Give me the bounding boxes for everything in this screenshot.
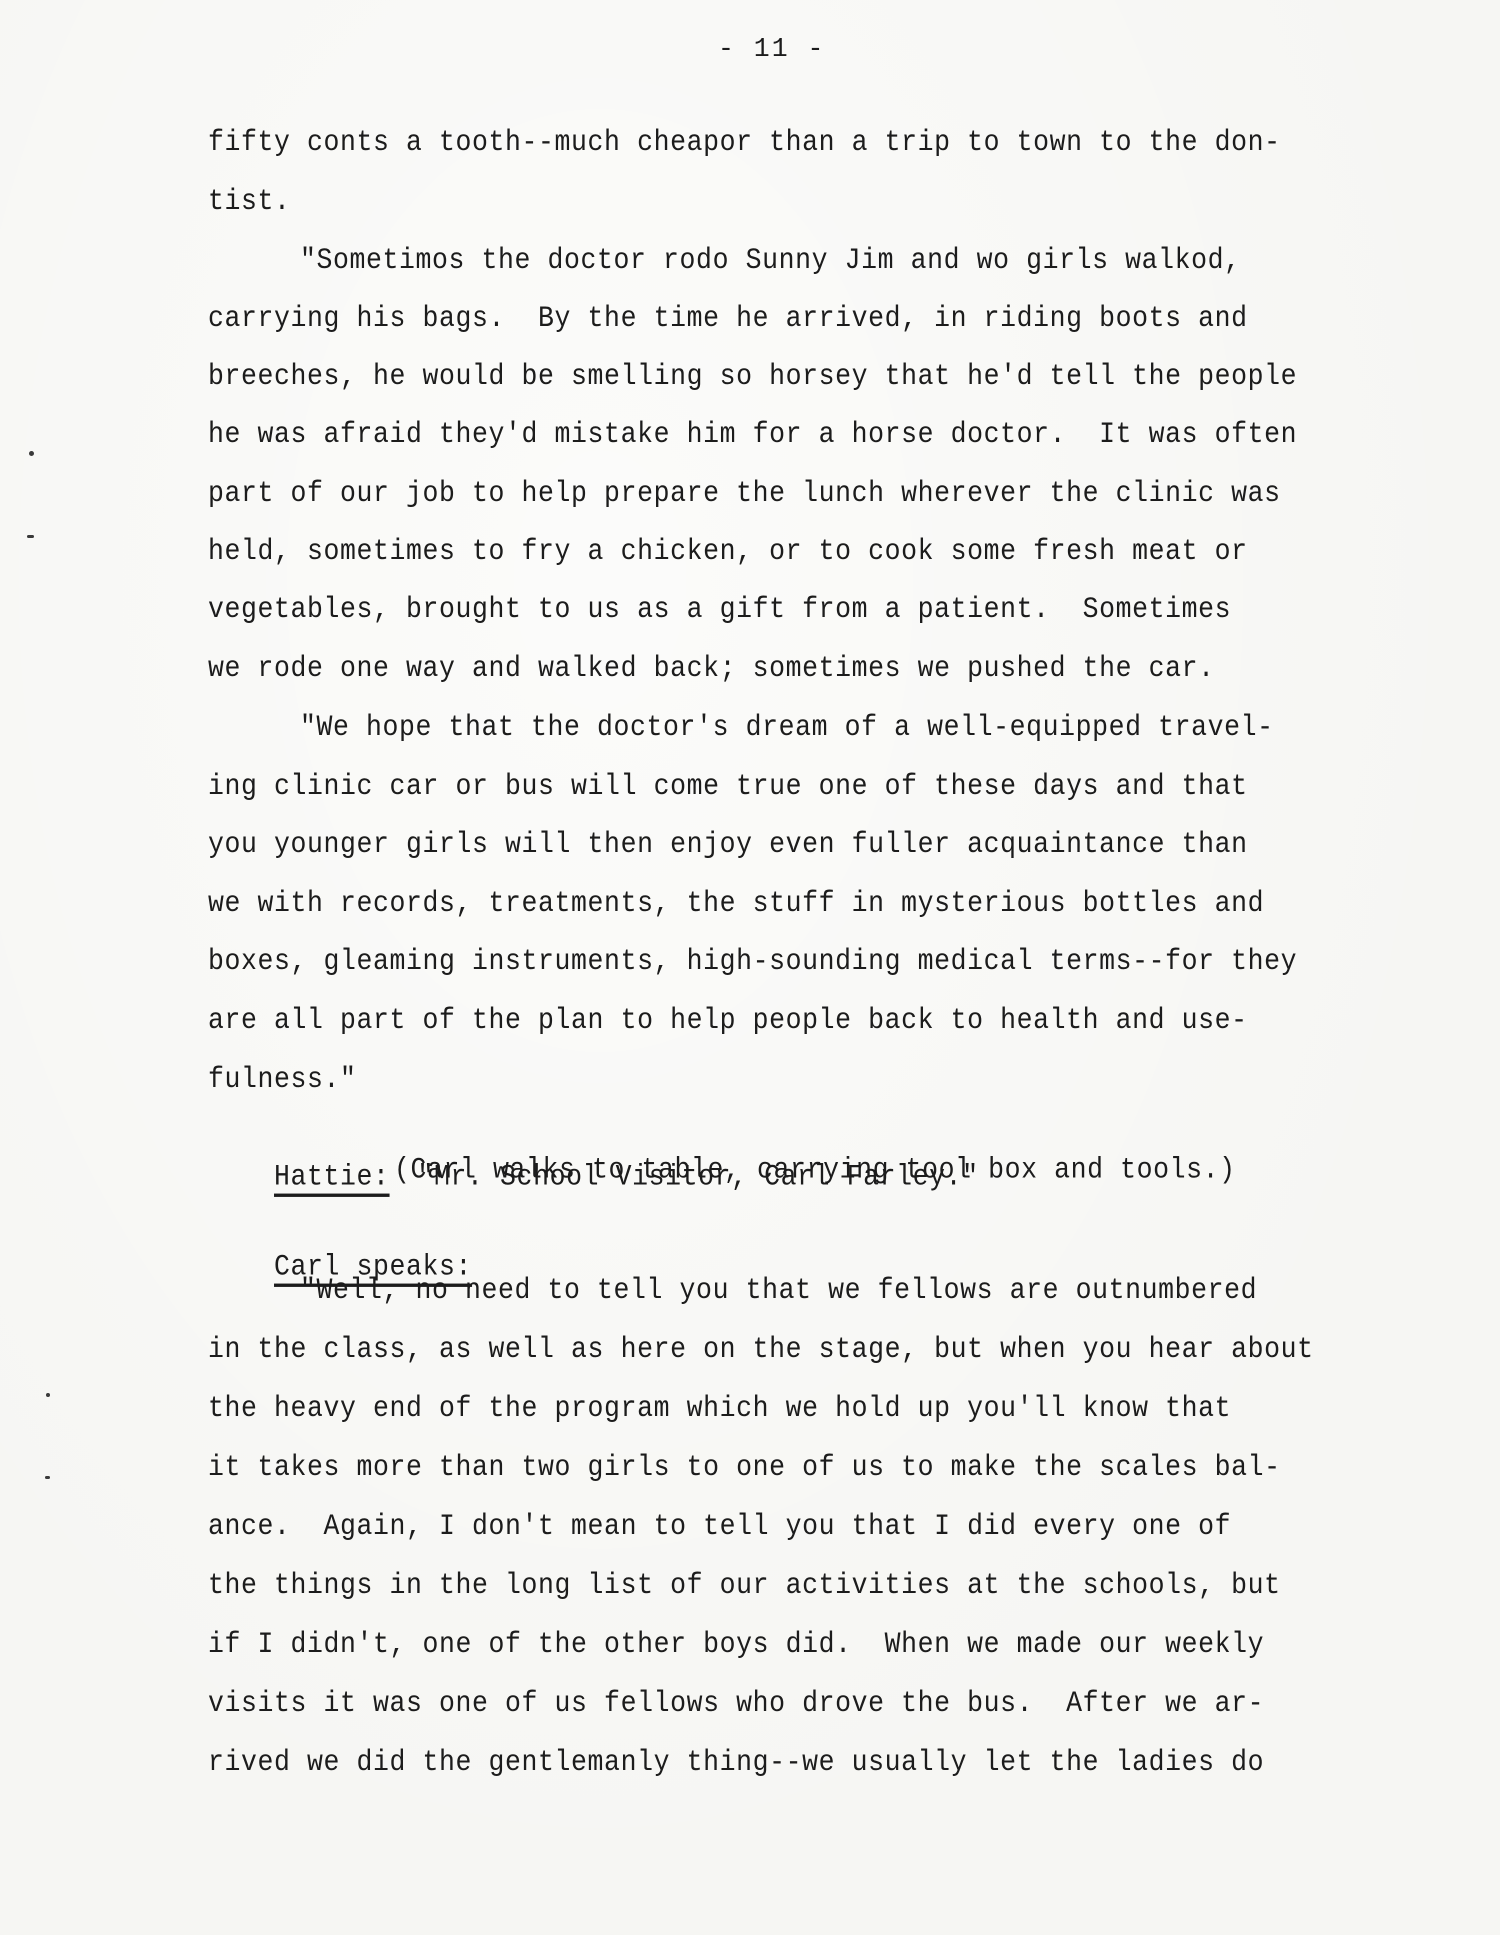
text-line-1: fifty conts a tooth--much cheapor than a…	[208, 124, 1281, 160]
text-line-8: held, sometimes to fry a chicken, or to …	[208, 533, 1248, 569]
text-line-6: he was afraid they'd mistake him for a h…	[208, 416, 1297, 452]
text-line-24: if I didn't, one of the other boys did. …	[208, 1626, 1264, 1662]
text-line-3: "Sometimos the doctor rodo Sunny Jim and…	[300, 242, 1241, 278]
text-line-19: in the class, as well as here on the sta…	[208, 1331, 1314, 1367]
text-line-2: tist.	[208, 183, 291, 219]
text-line-11: "We hope that the doctor's dream of a we…	[300, 709, 1274, 745]
text-line-21: it takes more than two girls to one of u…	[208, 1449, 1281, 1485]
text-line-18: "Well, no need to tell you that we fello…	[300, 1272, 1257, 1308]
scan-speck	[27, 535, 34, 538]
page-number: - 11 -	[718, 34, 825, 64]
scan-speck	[46, 1393, 50, 1397]
stage-direction: (Carl walks to table, carrying tool box …	[394, 1153, 1236, 1187]
text-line-16: are all part of the plan to help people …	[208, 1002, 1248, 1038]
text-line-5: breeches, he would be smelling so horsey…	[208, 358, 1297, 394]
text-line-26: rived we did the gentlemanly thing--we u…	[208, 1744, 1264, 1780]
text-line-15: boxes, gleaming instruments, high-soundi…	[208, 943, 1297, 979]
text-line-9: vegetables, brought to us as a gift from…	[208, 591, 1231, 627]
text-line-12: ing clinic car or bus will come true one…	[208, 768, 1248, 804]
speaker-name: Hattie:	[274, 1160, 390, 1194]
typed-document-page: - 11 - fifty conts a tooth--much cheapor…	[0, 0, 1500, 1935]
text-line-13: you younger girls will then enjoy even f…	[208, 826, 1248, 862]
text-line-7: part of our job to help prepare the lunc…	[208, 475, 1281, 511]
text-line-25: visits it was one of us fellows who drov…	[208, 1685, 1264, 1721]
text-line-10: we rode one way and walked back; sometim…	[208, 650, 1215, 686]
scan-speck	[29, 451, 34, 456]
text-line-23: the things in the long list of our activ…	[208, 1567, 1281, 1603]
text-line-4: carrying his bags. By the time he arrive…	[208, 300, 1248, 336]
text-line-17: fulness."	[208, 1061, 357, 1097]
text-line-22: ance. Again, I don't mean to tell you th…	[208, 1508, 1231, 1544]
text-line-14: we with records, treatments, the stuff i…	[208, 885, 1264, 921]
scan-speck	[45, 1476, 50, 1479]
text-line-20: the heavy end of the program which we ho…	[208, 1390, 1231, 1426]
